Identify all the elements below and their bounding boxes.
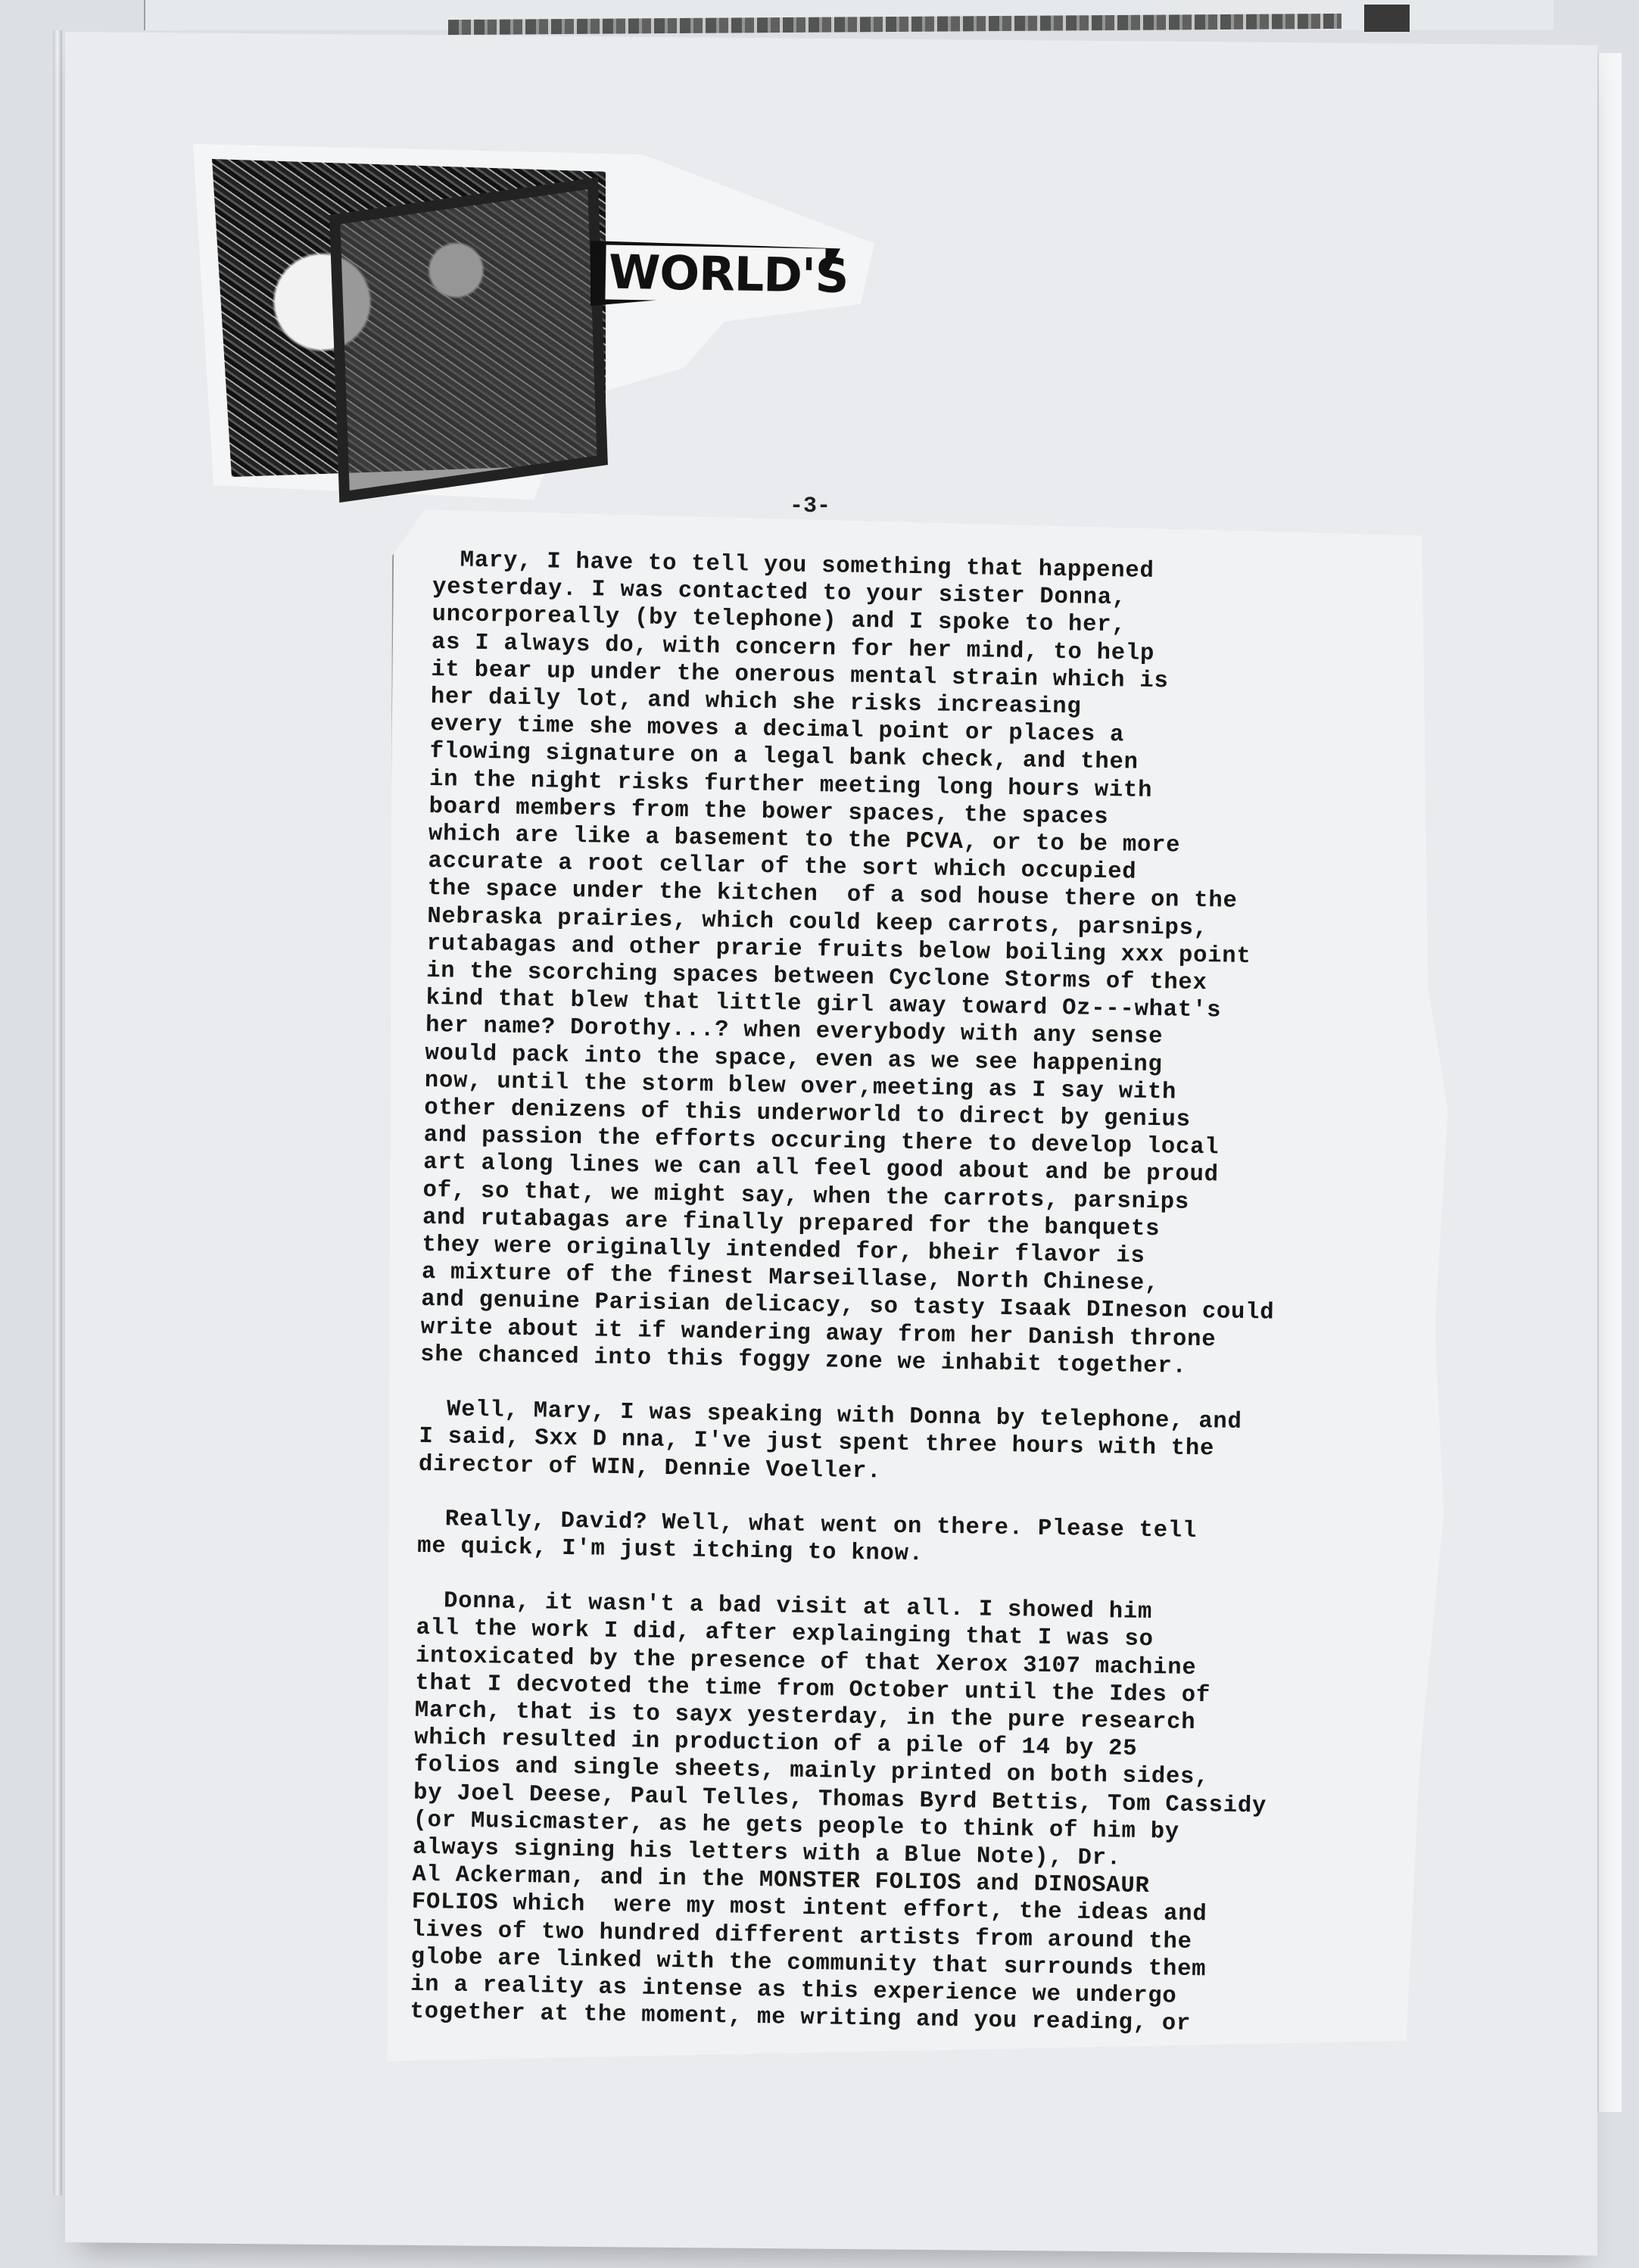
paragraph: Really, David? Well, what went on there.… [417,1506,1432,1576]
banner-text: WORLD'S [605,245,825,303]
paragraph: Mary, I have to tell you something that … [420,547,1447,1385]
back-sheet-glyph [1364,5,1410,32]
picture-frame-illustration [329,177,608,503]
paragraph: Well, Mary, I was speaking with Donna by… [419,1396,1435,1494]
back-sheet [144,0,1553,30]
paragraph: Donna, it wasn't a bad visit at all. I s… [410,1587,1431,2042]
page-number: -3- [790,494,830,519]
typescript-body: Mary, I have to tell you something that … [410,547,1447,2069]
back-sheet-print [448,14,1341,35]
sheet-stack-edge-right [1597,53,1622,2112]
sheet-stack-edge-left [53,30,62,2195]
